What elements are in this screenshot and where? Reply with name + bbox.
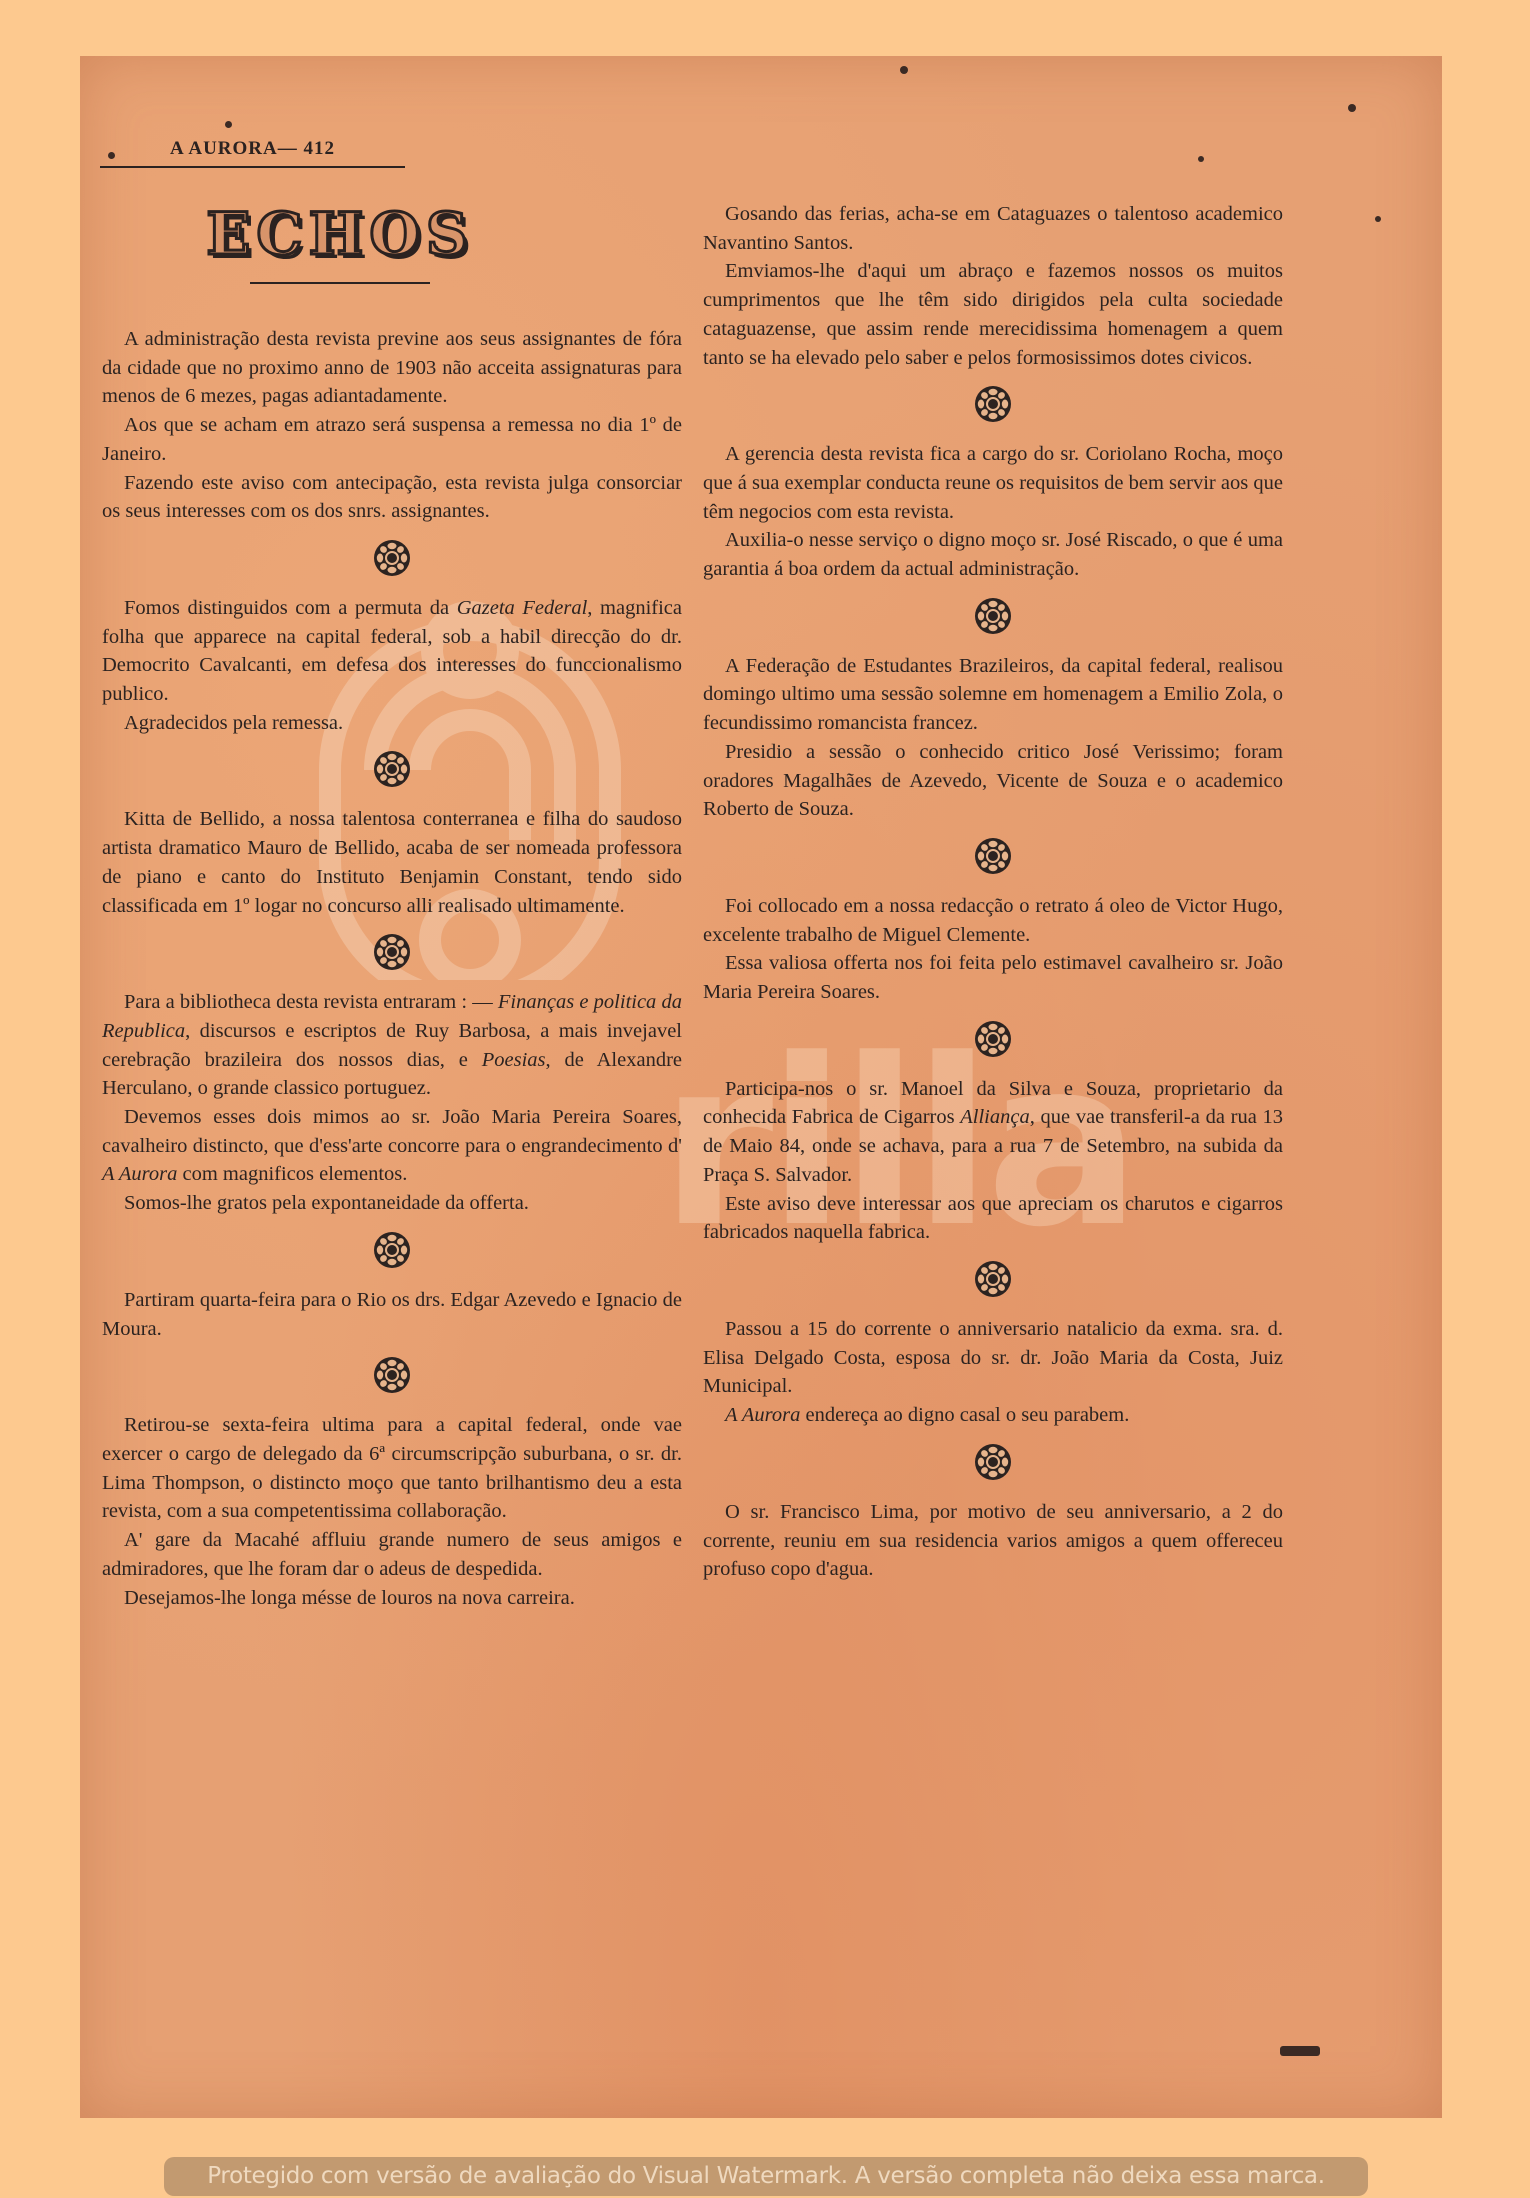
news-paragraph: Participa-nos o sr. Manoel da Silva e So… — [703, 1075, 1283, 1190]
news-paragraph: Para a bibliotheca desta revista entrara… — [102, 988, 682, 1103]
paper-speck — [1348, 104, 1356, 112]
news-paragraph: A Federação de Estudantes Brazileiros, d… — [703, 652, 1283, 738]
news-paragraph: Emviamos-lhe d'aqui um abraço e fazemos … — [703, 257, 1283, 372]
left-column: A administração desta revista previne ao… — [102, 325, 682, 1612]
right-column: Gosando das ferias, acha-se em Cataguaze… — [703, 200, 1283, 1584]
news-paragraph: Somos-lhe gratos pela expontaneidade da … — [102, 1189, 682, 1218]
rosette-ornament-icon — [372, 538, 412, 578]
news-paragraph: Gosando das ferias, acha-se em Cataguaze… — [703, 200, 1283, 257]
news-item: A gerencia desta revista fica a cargo do… — [703, 440, 1283, 584]
news-item: Foi collocado em a nossa redacção o retr… — [703, 892, 1283, 1007]
news-item: Para a bibliotheca desta revista entrara… — [102, 988, 682, 1218]
news-item: Fomos distinguidos com a permuta da Gaze… — [102, 594, 682, 738]
paper-speck — [1198, 156, 1204, 162]
news-paragraph: O sr. Francisco Lima, por motivo de seu … — [703, 1498, 1283, 1584]
news-paragraph: Fomos distinguidos com a permuta da Gaze… — [102, 594, 682, 709]
title-divider — [250, 282, 430, 284]
rosette-ornament-icon — [973, 596, 1013, 636]
news-item: Passou a 15 do corrente o anniversario n… — [703, 1315, 1283, 1430]
rosette-ornament-icon — [973, 384, 1013, 424]
news-item: A administração desta revista previne ao… — [102, 325, 682, 526]
news-item: O sr. Francisco Lima, por motivo de seu … — [703, 1498, 1283, 1584]
news-paragraph: Kitta de Bellido, a nossa talentosa cont… — [102, 805, 682, 920]
news-item: Kitta de Bellido, a nossa talentosa cont… — [102, 805, 682, 920]
news-item: Retirou-se sexta-feira ultima para a cap… — [102, 1411, 682, 1612]
news-paragraph: A Aurora endereça ao digno casal o seu p… — [703, 1401, 1283, 1430]
news-paragraph: Agradecidos pela remessa. — [102, 709, 682, 738]
watermark-notice: Protegido com versão de avaliação do Vis… — [164, 2157, 1368, 2196]
news-paragraph: Aos que se acham em atrazo será suspensa… — [102, 411, 682, 468]
rosette-ornament-icon — [973, 836, 1013, 876]
paper-speck — [1375, 216, 1381, 222]
rosette-ornament-icon — [372, 749, 412, 789]
news-paragraph: Desejamos-lhe longa mésse de louros na n… — [102, 1584, 682, 1613]
rosette-ornament-icon — [372, 1230, 412, 1270]
page-header: A AURORA— 412 — [100, 138, 405, 168]
news-paragraph: A' gare da Macahé affluiu grande numero … — [102, 1526, 682, 1583]
news-paragraph: A administração desta revista previne ao… — [102, 325, 682, 411]
news-paragraph: Auxilia-o nesse serviço o digno moço sr.… — [703, 526, 1283, 583]
news-paragraph: Partiram quarta-feira para o Rio os drs.… — [102, 1286, 682, 1343]
paper-speck — [900, 66, 908, 74]
paper-speck — [225, 121, 232, 128]
news-paragraph: Essa valiosa offerta nos foi feita pelo … — [703, 949, 1283, 1006]
news-item: Participa-nos o sr. Manoel da Silva e So… — [703, 1075, 1283, 1247]
news-paragraph: A gerencia desta revista fica a cargo do… — [703, 440, 1283, 526]
news-paragraph: Retirou-se sexta-feira ultima para a cap… — [102, 1411, 682, 1526]
paper-tear — [1280, 2046, 1320, 2056]
news-item: Gosando das ferias, acha-se em Cataguaze… — [703, 200, 1283, 372]
rosette-ornament-icon — [973, 1259, 1013, 1299]
news-paragraph: Fazendo este aviso com antecipação, esta… — [102, 469, 682, 526]
news-item: A Federação de Estudantes Brazileiros, d… — [703, 652, 1283, 824]
rosette-ornament-icon — [372, 1355, 412, 1395]
rosette-ornament-icon — [372, 932, 412, 972]
news-paragraph: Foi collocado em a nossa redacção o retr… — [703, 892, 1283, 949]
rosette-ornament-icon — [973, 1019, 1013, 1059]
news-item: Partiram quarta-feira para o Rio os drs.… — [102, 1286, 682, 1343]
news-paragraph: Este aviso deve interessar aos que aprec… — [703, 1190, 1283, 1247]
news-paragraph: Passou a 15 do corrente o anniversario n… — [703, 1315, 1283, 1401]
news-paragraph: Presidio a sessão o conhecido critico Jo… — [703, 738, 1283, 824]
news-paragraph: Devemos esses dois mimos ao sr. João Mar… — [102, 1103, 682, 1189]
section-title: ECHOS — [190, 200, 490, 268]
rosette-ornament-icon — [973, 1442, 1013, 1482]
